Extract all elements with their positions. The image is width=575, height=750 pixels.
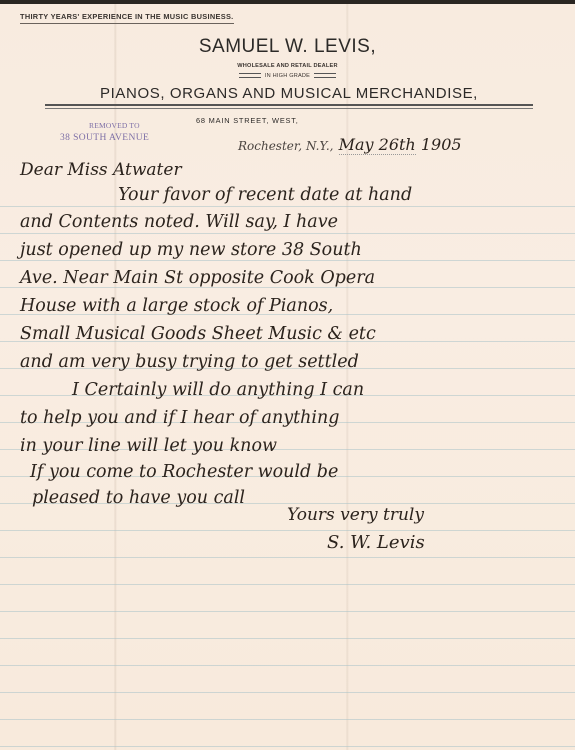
double-rule-right — [314, 73, 336, 78]
dateline-date: May 26th — [339, 135, 416, 155]
body-line: Your favor of recent date at hand — [118, 185, 412, 205]
body-line: just opened up my new store 38 South — [20, 240, 362, 260]
double-rule-left — [239, 73, 261, 78]
letterhead-subtitle-2: IN HIGH GRADE — [0, 73, 575, 79]
body-line: pleased to have you call — [32, 488, 245, 508]
body-line: Small Musical Goods Sheet Music & etc — [20, 324, 376, 344]
dateline: Rochester, N.Y., May 26th 1905 — [238, 135, 462, 154]
dateline-city: Rochester, N.Y., — [238, 139, 334, 153]
body-line: If you come to Rochester would be — [30, 462, 338, 482]
stamp-removed-to: REMOVED TO — [89, 121, 140, 130]
salutation: Dear Miss Atwater — [20, 160, 182, 180]
body-line: and Contents noted. Will say, I have — [20, 212, 338, 232]
body-line: I Certainly will do anything I can — [72, 380, 364, 400]
body-line: to help you and if I hear of anything — [20, 408, 340, 428]
body-line: House with a large stock of Pianos, — [20, 296, 333, 316]
letterhead-tagline: THIRTY YEARS' EXPERIENCE IN THE MUSIC BU… — [20, 12, 234, 24]
scan-edge — [0, 0, 575, 4]
letterhead-subtitle-1: WHOLESALE AND RETAIL DEALER — [0, 63, 575, 69]
body-line: and am very busy trying to get settled — [20, 352, 359, 372]
body-line: in your line will let you know — [20, 436, 277, 456]
letter-page: THIRTY YEARS' EXPERIENCE IN THE MUSIC BU… — [0, 0, 575, 750]
signature: S. W. Levis — [327, 532, 425, 553]
letterhead-subtitle-2-text: IN HIGH GRADE — [265, 73, 310, 79]
letterhead-merchandise: PIANOS, ORGANS AND MUSICAL MERCHANDISE, — [45, 85, 533, 106]
dateline-year: 1905 — [421, 135, 462, 154]
stamp-new-address: 38 SOUTH AVENUE — [60, 133, 149, 143]
body-line: Ave. Near Main St opposite Cook Opera — [20, 268, 375, 288]
letterhead-address: 68 MAIN STREET, WEST, — [196, 116, 299, 125]
closing: Yours very truly — [287, 505, 424, 525]
letterhead-name: SAMUEL W. LEVIS, — [0, 36, 575, 58]
